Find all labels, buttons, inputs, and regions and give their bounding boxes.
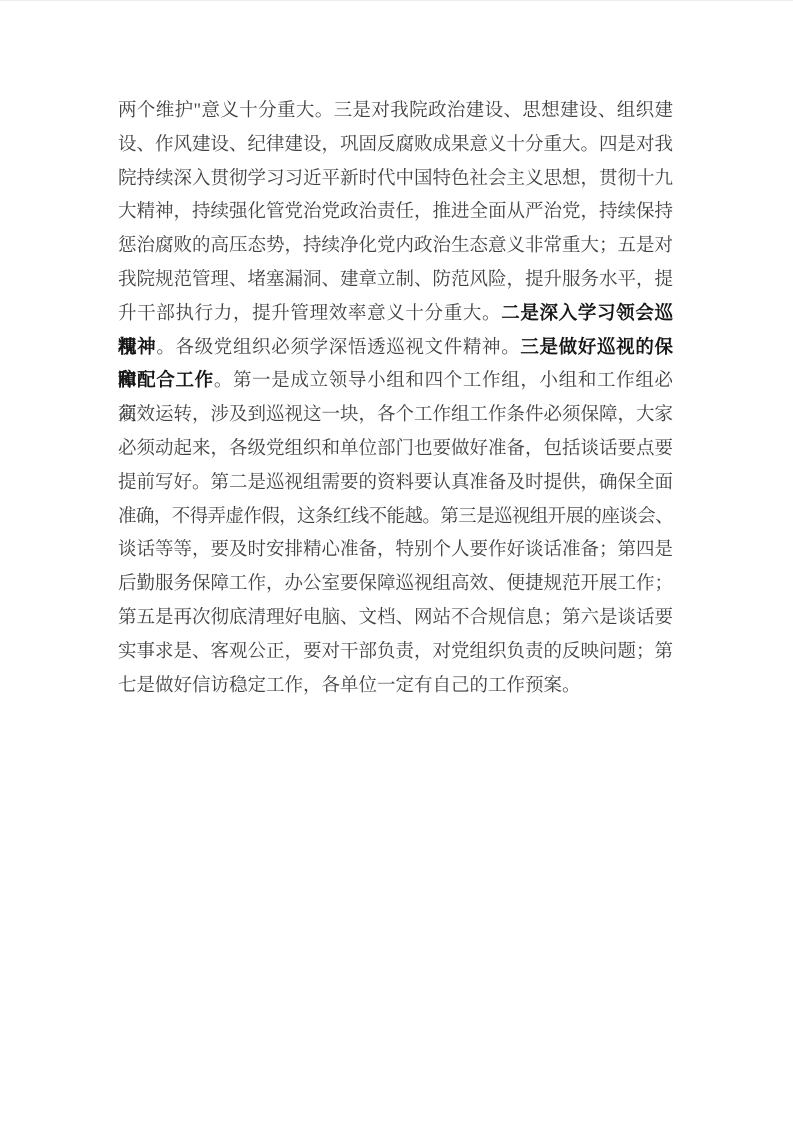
text-segment: 两个维护"意义十分重大。三是对我院政治建设、思想建设、组织建 xyxy=(118,101,673,121)
text-segment: 后勤服务保障工作，办公室要保障巡视组高效、便捷规范开展工作； xyxy=(118,574,673,594)
text-line: 高效运转，涉及到巡视这一块，各个工作组工作条件必须保障，大家 xyxy=(118,399,673,433)
text-segment: 设、作风建设、纪律建设，巩固反腐败成果意义十分重大。四是对我 xyxy=(118,135,673,155)
text-line: 七是做好信访稳定工作，各单位一定有自己的工作预案。 xyxy=(118,670,673,704)
text-line: 后勤服务保障工作，办公室要保障巡视组高效、便捷规范开展工作； xyxy=(118,568,673,602)
document-page: 两个维护"意义十分重大。三是对我院政治建设、思想建设、组织建设、作风建设、纪律建… xyxy=(0,0,793,1122)
text-segment: 准确，不得弄虚作假，这条红线不能越。第三是巡视组开展的座谈会、 xyxy=(118,507,673,527)
text-segment: 大精神，持续强化管党治党政治责任，推进全面从严治党，持续保持 xyxy=(118,202,673,222)
text-segment: 。各级党组织必须学深悟透巡视文件精神。 xyxy=(156,338,520,358)
text-segment: 我院规范管理、堵塞漏洞、建章立制、防范风险，提升服务水平，提 xyxy=(118,270,673,290)
text-segment: 提前写好。第二是巡视组需要的资料要认真准备及时提供，确保全面 xyxy=(118,473,673,493)
text-line: 设、作风建设、纪律建设，巩固反腐败成果意义十分重大。四是对我 xyxy=(118,129,673,163)
text-line: 升干部执行力，提升管理效率意义十分重大。二是深入学习领会巡视 xyxy=(118,298,673,332)
text-line: 第五是再次彻底清理好电脑、文档、网站不合规信息；第六是谈话要 xyxy=(118,602,673,636)
text-line: 实事求是、客观公正，要对干部负责，对党组织负责的反映问题；第 xyxy=(118,636,673,670)
body-text: 两个维护"意义十分重大。三是对我院政治建设、思想建设、组织建设、作风建设、纪律建… xyxy=(118,95,673,703)
text-segment: 实事求是、客观公正，要对干部负责，对党组织负责的反映问题；第 xyxy=(118,642,673,662)
text-line: 惩治腐败的高压态势，持续净化党内政治生态意义非常重大；五是对 xyxy=(118,230,673,264)
text-segment: 七是做好信访稳定工作，各单位一定有自己的工作预案。 xyxy=(118,676,581,696)
bold-text-segment: 和配合工作 xyxy=(118,371,214,391)
text-line: 准确，不得弄虚作假，这条红线不能越。第三是巡视组开展的座谈会、 xyxy=(118,501,673,535)
text-segment: 高效运转，涉及到巡视这一块，各个工作组工作条件必须保障，大家 xyxy=(118,405,673,425)
text-line: 必须动起来，各级党组织和单位部门也要做好准备，包括谈话要点要 xyxy=(118,433,673,467)
text-line: 精神。各级党组织必须学深悟透巡视文件精神。三是做好巡视的保障 xyxy=(118,332,673,366)
text-line: 和配合工作。第一是成立领导小组和四个工作组，小组和工作组必须 xyxy=(118,365,673,399)
text-line: 提前写好。第二是巡视组需要的资料要认真准备及时提供，确保全面 xyxy=(118,467,673,501)
text-segment: 必须动起来，各级党组织和单位部门也要做好准备，包括谈话要点要 xyxy=(118,439,673,459)
text-segment: 升干部执行力，提升管理效率意义十分重大。 xyxy=(118,304,501,324)
text-segment: 第五是再次彻底清理好电脑、文档、网站不合规信息；第六是谈话要 xyxy=(118,608,673,628)
bold-text-segment: 精神 xyxy=(118,338,156,358)
text-segment: 院持续深入贯彻学习习近平新时代中国特色社会主义思想，贯彻十九 xyxy=(118,169,673,189)
text-line: 我院规范管理、堵塞漏洞、建章立制、防范风险，提升服务水平，提 xyxy=(118,264,673,298)
text-line: 大精神，持续强化管党治党政治责任，推进全面从严治党，持续保持 xyxy=(118,196,673,230)
text-segment: 谈话等等，要及时安排精心准备，特别个人要作好谈话准备；第四是 xyxy=(118,540,673,560)
text-line: 谈话等等，要及时安排精心准备，特别个人要作好谈话准备；第四是 xyxy=(118,534,673,568)
text-line: 院持续深入贯彻学习习近平新时代中国特色社会主义思想，贯彻十九 xyxy=(118,163,673,197)
text-line: 两个维护"意义十分重大。三是对我院政治建设、思想建设、组织建 xyxy=(118,95,673,129)
text-segment: 惩治腐败的高压态势，持续净化党内政治生态意义非常重大；五是对 xyxy=(118,236,673,256)
